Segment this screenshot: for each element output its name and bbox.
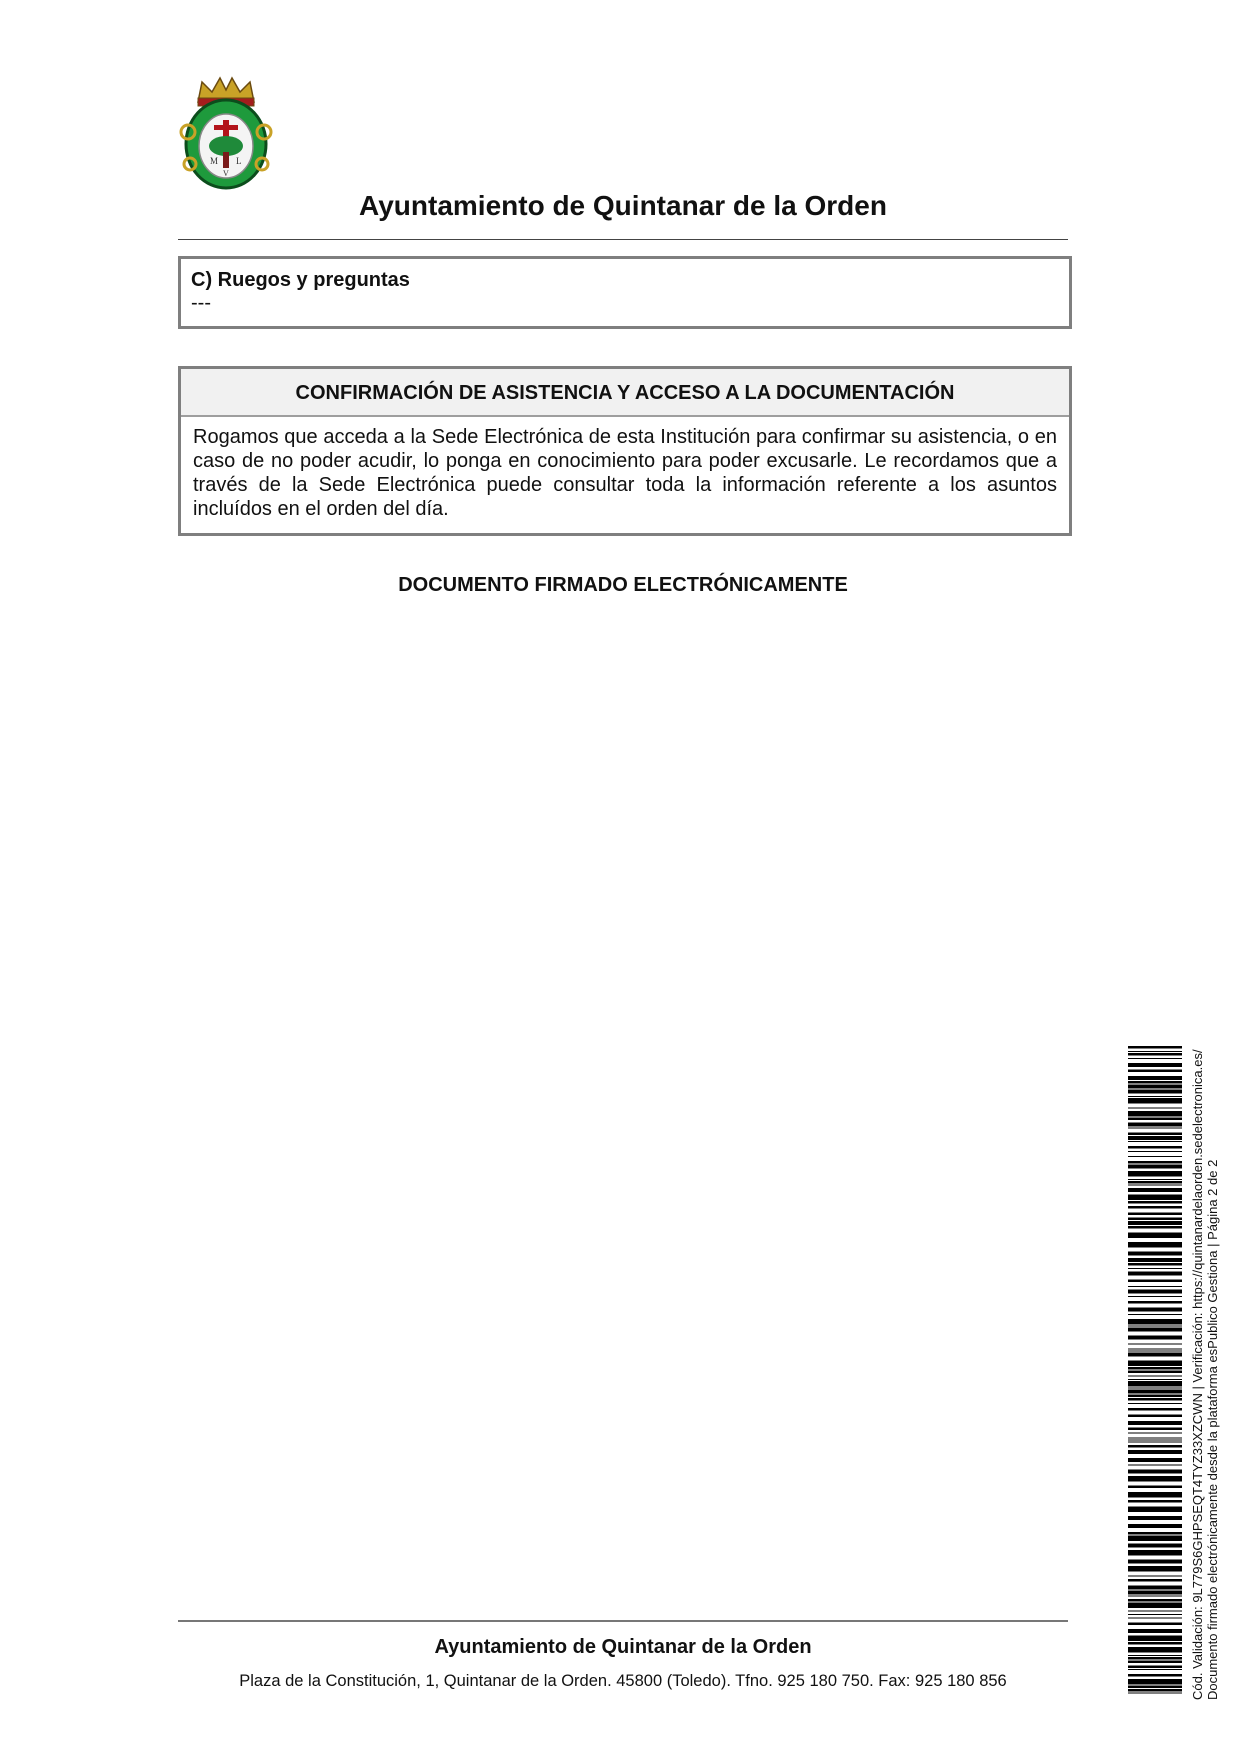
document-header-title: Ayuntamiento de Quintanar de la Orden — [178, 190, 1068, 222]
coat-of-arms-icon: M L V — [176, 72, 276, 192]
ruegos-content: --- — [191, 292, 1059, 314]
confirmation-heading: CONFIRMACIÓN DE ASISTENCIA Y ACCESO A LA… — [181, 369, 1069, 417]
signed-notice: DOCUMENTO FIRMADO ELECTRÓNICAMENTE — [178, 574, 1068, 597]
ruegos-section: C) Ruegos y preguntas --- — [178, 256, 1072, 329]
validation-text: Cód. Validación: 9L779S6GHPSEQT4TYZ33XZC… — [1190, 1049, 1220, 1700]
confirmation-section: CONFIRMACIÓN DE ASISTENCIA Y ACCESO A LA… — [178, 366, 1072, 536]
validation-line-1: Cód. Validación: 9L779S6GHPSEQT4TYZ33XZC… — [1190, 1049, 1205, 1700]
footer-title: Ayuntamiento de Quintanar de la Orden — [178, 1636, 1068, 1659]
confirmation-body: Rogamos que acceda a la Sede Electrónica… — [181, 417, 1069, 521]
footer-address: Plaza de la Constitución, 1, Quintanar d… — [178, 1672, 1068, 1691]
svg-text:V: V — [223, 169, 229, 178]
header-divider — [178, 239, 1068, 240]
ruegos-heading: C) Ruegos y preguntas — [191, 268, 1059, 292]
svg-text:L: L — [236, 156, 242, 166]
validation-line-2: Documento firmado electrónicamente desde… — [1205, 1049, 1220, 1700]
coat-of-arms-logo: M L V — [176, 72, 276, 192]
barcode-icon — [1128, 1046, 1182, 1696]
footer-divider — [178, 1620, 1068, 1622]
svg-text:M: M — [210, 156, 218, 166]
